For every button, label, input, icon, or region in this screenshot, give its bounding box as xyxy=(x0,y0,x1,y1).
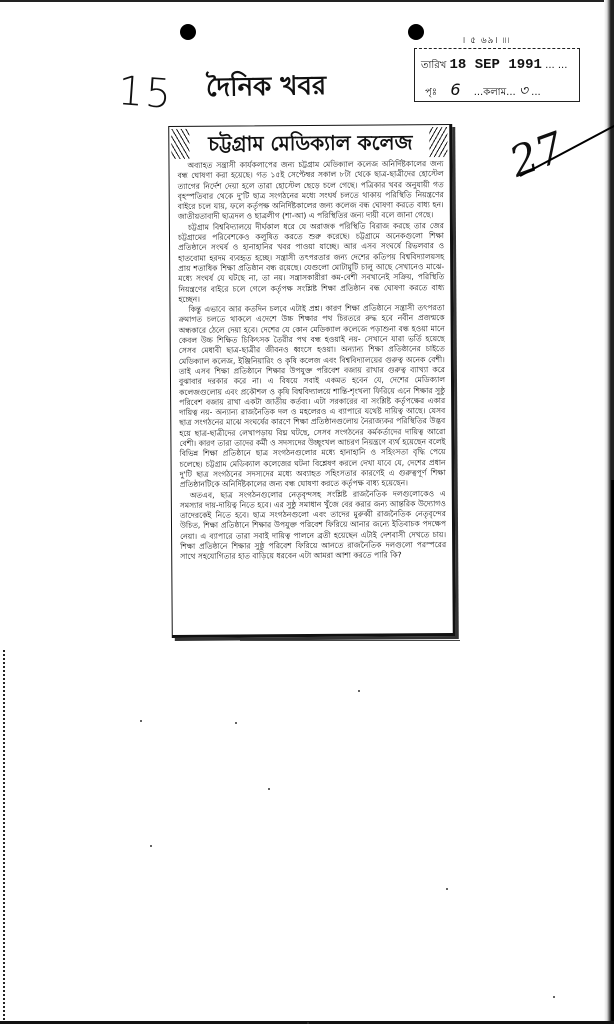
stamp-date-value: 18 SEP 1991 xyxy=(450,57,542,73)
scanned-page: 15 দৈনিক খবর । ৫ ৬৯। ৷৷৷ তারিখ 18 SEP 19… xyxy=(0,0,614,1024)
scan-speck xyxy=(140,720,142,722)
scan-speck xyxy=(446,888,448,890)
stamp-page-label: পৃঃ xyxy=(425,87,437,98)
scan-speck xyxy=(358,690,360,692)
scan-speck xyxy=(235,722,237,724)
stamp-page-row: পৃঃ 6 ...কলাম... ৩ ... xyxy=(425,79,541,103)
stamp-date-row: তারিখ 18 SEP 1991 ... ... xyxy=(421,57,567,75)
handwritten-page-number: 15 xyxy=(116,68,174,118)
clipping-underline xyxy=(240,640,460,641)
punch-hole-icon xyxy=(180,24,196,40)
date-stamp: তারিখ 18 SEP 1991 ... ... পৃঃ 6 ...কলাম.… xyxy=(414,48,580,102)
scan-edge-left xyxy=(3,650,9,1024)
article-paragraph: কিন্তু এভাবে আর কতদিন চলবে এটাই প্রশ্ন। … xyxy=(178,303,445,490)
stamp-date-label: তারিখ xyxy=(421,60,446,71)
article-paragraph: অব্যাহত সন্ত্রাসী কার্যকলাপের জন্য চট্টগ… xyxy=(177,159,443,223)
scan-edge-top xyxy=(0,0,614,2)
punch-hole-icon xyxy=(408,24,424,40)
newspaper-clipping: চট্টগ্রাম মেডিক্যাল কলেজ অব্যাহত সন্ত্রা… xyxy=(168,124,456,638)
newspaper-name: দৈনিক খবর xyxy=(206,65,327,111)
scan-speck xyxy=(268,788,270,790)
scan-speck xyxy=(150,845,152,847)
article-body: অব্যাহত সন্ত্রাসী কার্যকলাপের জন্য চট্টগ… xyxy=(177,159,446,562)
stamp-page-value: 6 xyxy=(450,80,460,99)
article-headline: চট্টগ্রাম মেডিক্যাল কলেজ xyxy=(179,127,441,159)
stamp-column-value: ৩ xyxy=(519,83,528,99)
scan-speck xyxy=(553,996,555,998)
article-paragraph: চট্টগ্রাম বিশ্ববিদ্যালয়ে দীর্ঘকাল ধরে য… xyxy=(178,221,445,305)
article-paragraph: অতএব, ছাত্র সংগঠনগুলোর নেতৃবৃন্দসহ সংশ্ল… xyxy=(180,489,446,563)
stamp-column-label: কলাম xyxy=(483,87,506,98)
stamp-header: । ৫ ৬৯। ৷৷৷ xyxy=(462,33,510,48)
